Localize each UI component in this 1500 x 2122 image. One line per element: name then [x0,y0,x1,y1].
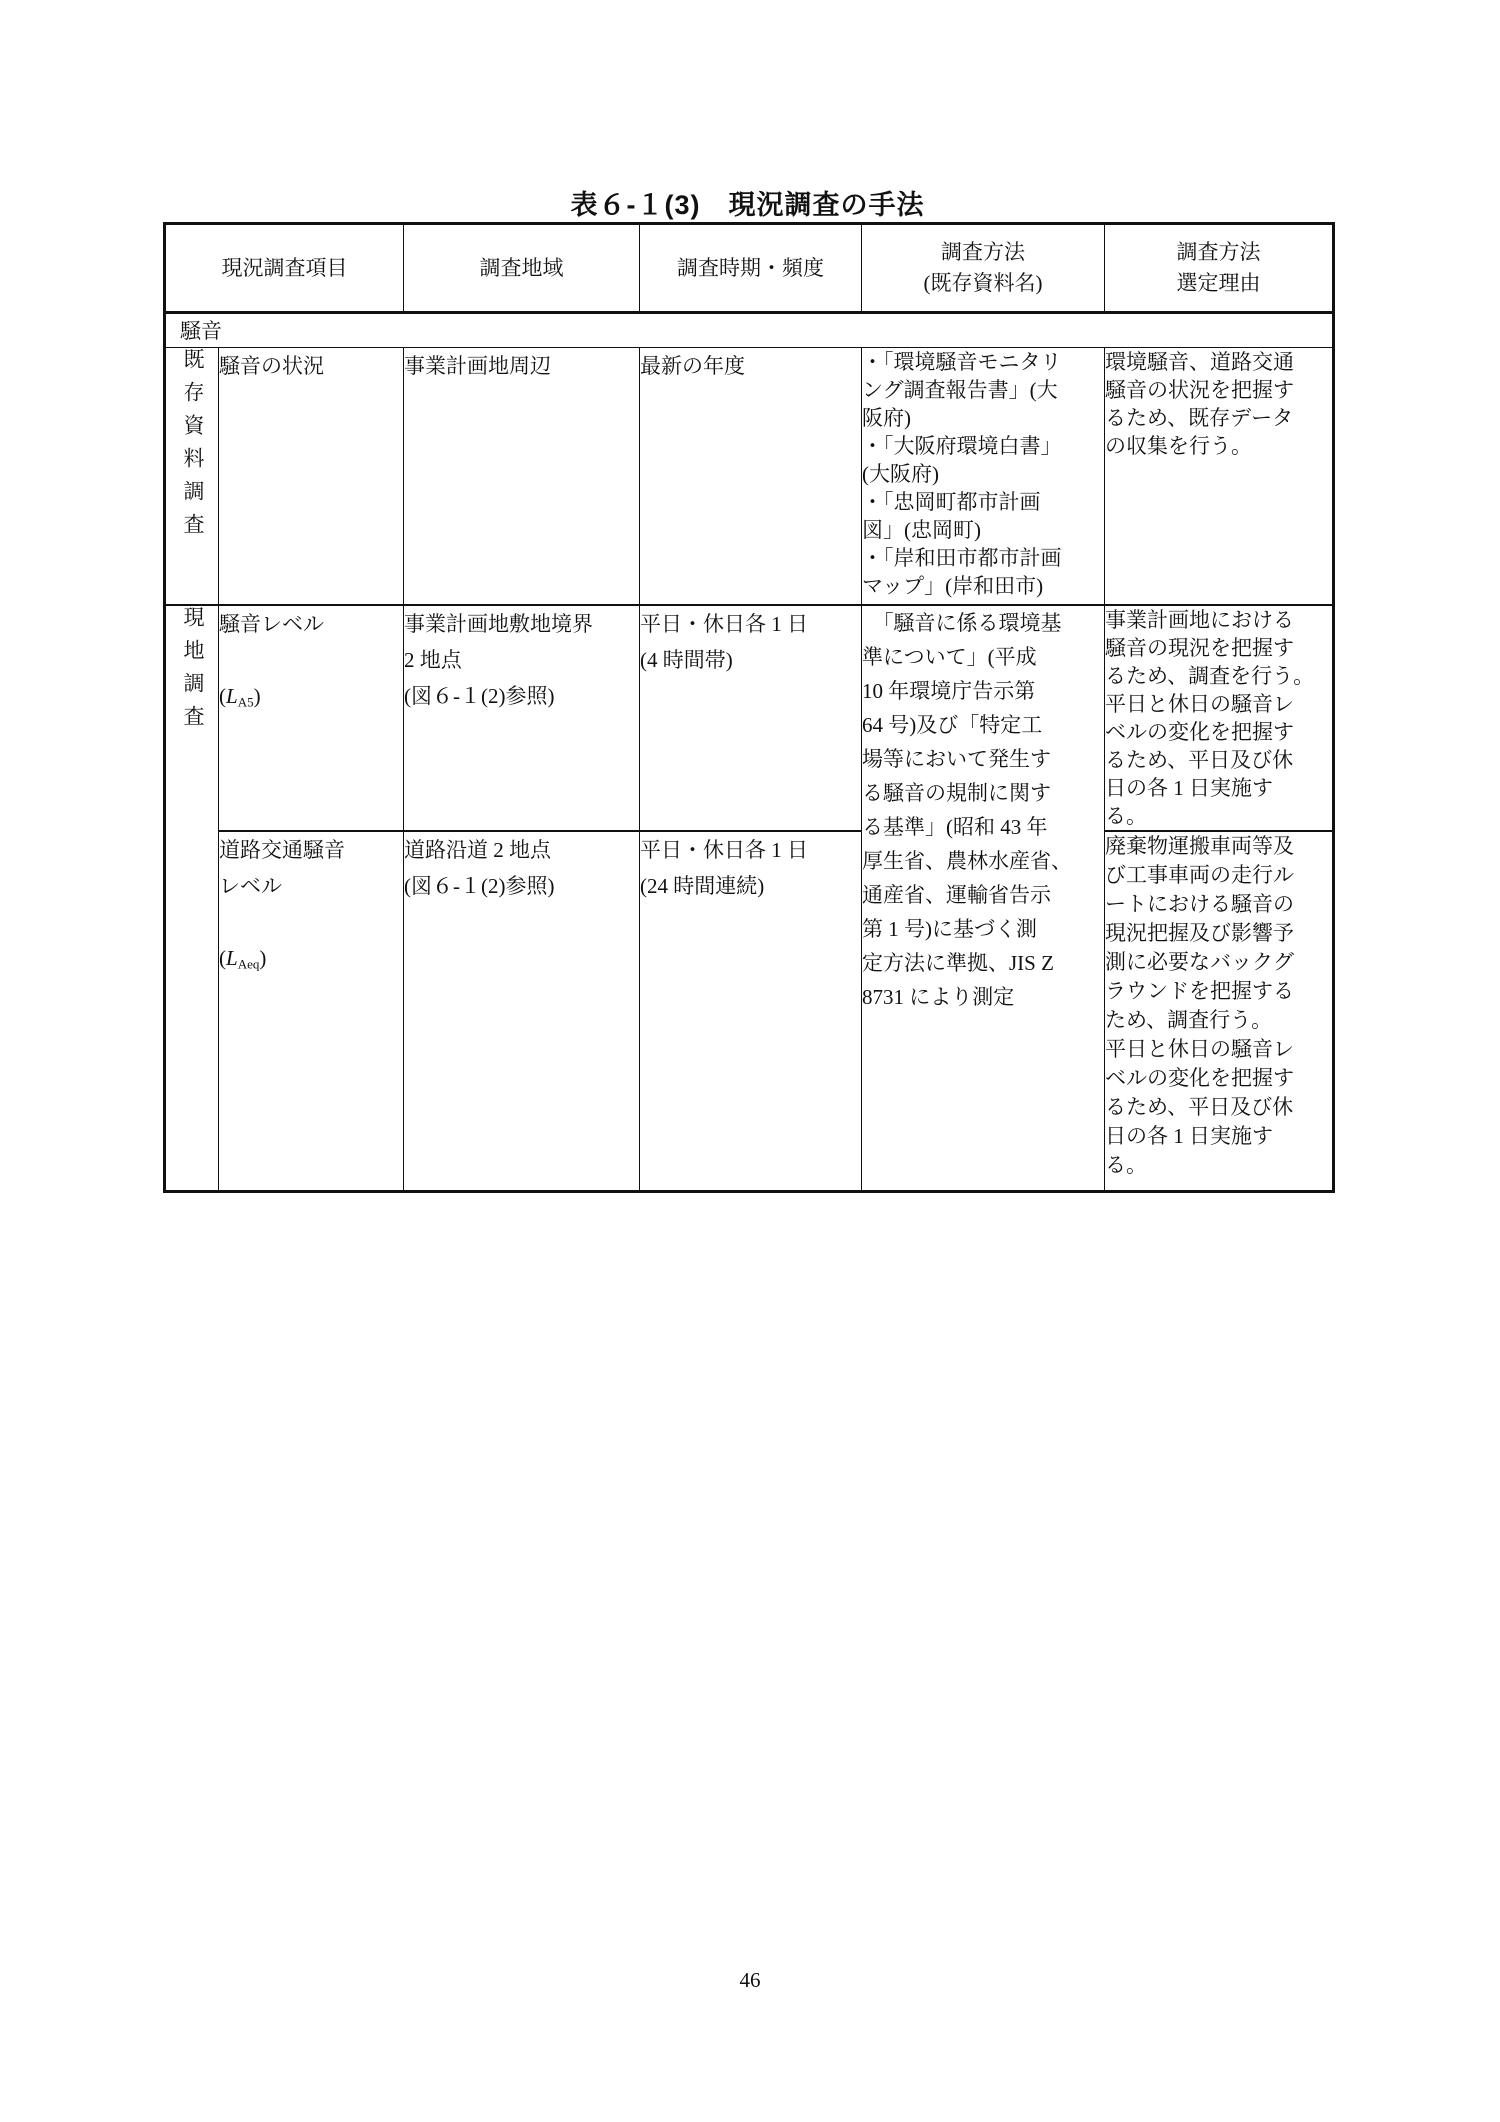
header-survey-timing: 調査時期・頻度 [640,224,862,313]
header-method-reason: 調査方法 選定理由 [1105,224,1334,313]
cell-area-row3: 道路沿道 2 地点 (図６-１(2)参照) [404,831,640,1192]
cell-timing-row3: 平日・休日各 1 日 (24 時間連続) [640,831,862,1192]
table-row: 現地調査 騒音レベル (LA5) 事業計画地敷地境界 2 地点 (図６-１(2)… [165,605,1334,831]
cell-item-road-traffic-noise: 道路交通騒音 レベル (LAeq) [219,831,404,1192]
table-header-row: 現況調査項目 調査地域 調査時期・頻度 調査方法 (既存資料名) 調査方法 選定… [165,224,1334,313]
survey-methods-table: 現況調査項目 調査地域 調査時期・頻度 調査方法 (既存資料名) 調査方法 選定… [163,222,1335,1193]
item-label: 騒音レベル [219,612,324,636]
cell-timing-row1: 最新の年度 [640,348,862,606]
page-title: 表６-１(3) 現況調査の手法 [163,183,1332,222]
road-noise-level-symbol: (LAeq) [219,946,266,970]
cell-timing-row2: 平日・休日各 1 日 (4 時間帯) [640,605,862,831]
section-band-row: 騒音 [165,313,1334,348]
cell-item-noise-status: 騒音の状況 [219,348,404,606]
cell-area-row2: 事業計画地敷地境界 2 地点 (図６-１(2)参照) [404,605,640,831]
section-label-noise: 騒音 [165,313,1334,348]
header-survey-area: 調査地域 [404,224,640,313]
page-number: 46 [0,1968,1500,1993]
cell-reason-row1: 環境騒音、道路交通 騒音の状況を把握す るため、既存データ の収集を行う。 [1105,348,1334,606]
cell-method-rows23: 「騒音に係る環境基 準について」(平成 10 年環境庁告示第 64 号)及び「特… [862,605,1105,1192]
cell-reason-row3: 廃棄物運搬車両等及 び工事車両の走行ル ートにおける騒音の 現況把握及び影響予 … [1105,831,1334,1192]
cell-method-row1: ・「環境騒音モニタリ ング調査報告書」(大 阪府) ・「大阪府環境白書」 (大阪… [862,348,1105,606]
table-row: 道路交通騒音 レベル (LAeq) 道路沿道 2 地点 (図６-１(2)参照) … [165,831,1334,1192]
noise-level-symbol: (LA5) [219,684,261,708]
group-field-survey-label: 現地調査 [166,606,219,738]
table-row: 既存資料調査 騒音の状況 事業計画地周辺 最新の年度 ・「環境騒音モニタリ ング… [165,348,1334,606]
header-survey-method: 調査方法 (既存資料名) [862,224,1105,313]
cell-reason-row2: 事業計画地における 騒音の現況を把握す るため、調査を行う。 平日と休日の騒音レ… [1105,605,1334,831]
cell-area-row1: 事業計画地周辺 [404,348,640,606]
header-survey-item: 現況調査項目 [165,224,404,313]
cell-item-noise-level: 騒音レベル (LA5) [219,605,404,831]
group-existing-docs-label: 既存資料調査 [166,348,219,546]
item-label: 道路交通騒音 レベル [219,838,345,898]
group-field-survey-cell: 現地調査 [165,605,219,1192]
group-existing-docs-cell: 既存資料調査 [165,348,219,606]
